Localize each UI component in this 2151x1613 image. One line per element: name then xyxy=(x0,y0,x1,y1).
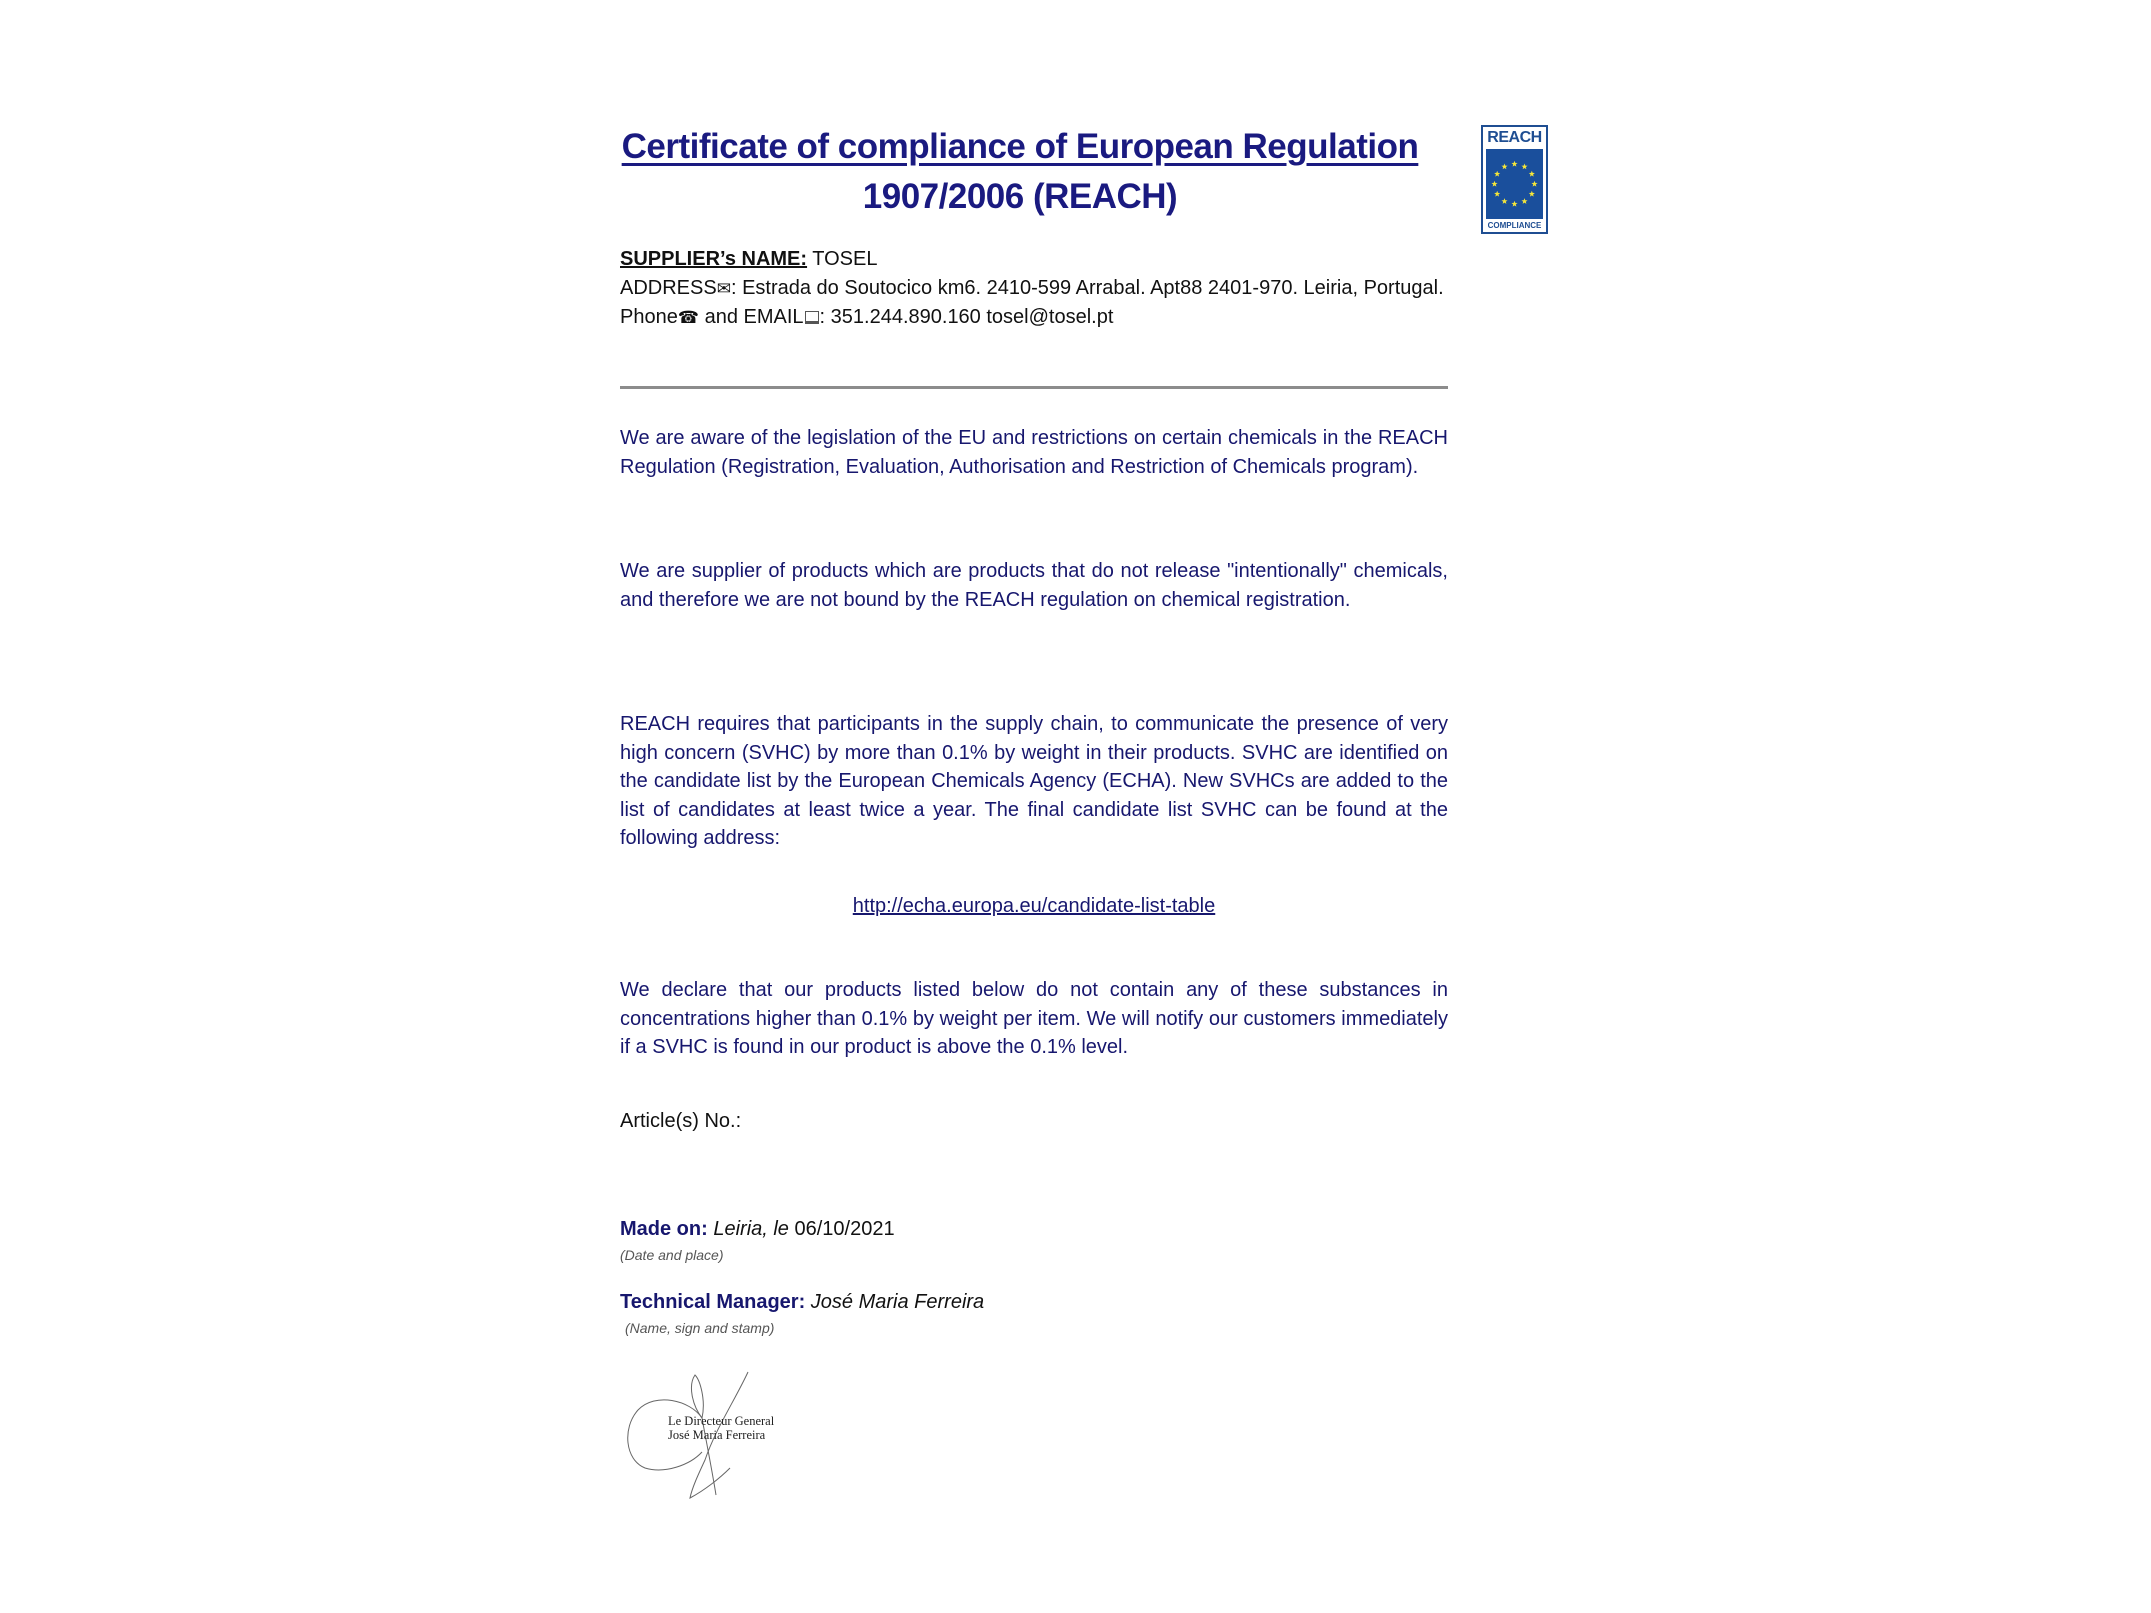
made-on-line: Made on: Leiria, le 06/10/2021 xyxy=(620,1218,895,1241)
paragraph-supplier-status: We are supplier of products which are pr… xyxy=(620,557,1448,614)
envelope-icon: ✉ xyxy=(717,279,731,299)
supplier-block: SUPPLIER’s NAME: TOSEL ADDRESS✉: Estrada… xyxy=(620,245,1448,333)
date-place-hint: (Date and place) xyxy=(620,1247,724,1263)
eu-stars-flag-icon xyxy=(1486,149,1543,219)
made-on-place: Leiria, le xyxy=(708,1218,789,1240)
signature-stamp: Le Directeur General José Maria Ferreira xyxy=(668,1414,774,1442)
supplier-name-value: TOSEL xyxy=(807,248,877,270)
document-title: Certificate of compliance of European Re… xyxy=(620,122,1420,222)
supplier-contact-line: Phone☎ and EMAIL: 351.244.890.160 tosel@… xyxy=(620,303,1448,333)
logo-bottom-text: COMPLIANCE xyxy=(1483,219,1546,232)
phone-label: Phone xyxy=(620,306,678,328)
certificate-page: Certificate of compliance of European Re… xyxy=(0,0,2151,1613)
technical-manager-label: Technical Manager: xyxy=(620,1291,805,1313)
name-sign-stamp-hint: (Name, sign and stamp) xyxy=(625,1320,774,1336)
contact-value: : 351.244.890.160 tosel@tosel.pt xyxy=(820,306,1114,328)
address-value: : Estrada do Soutocico km6. 2410-599 Arr… xyxy=(731,277,1444,299)
technical-manager-name: José Maria Ferreira xyxy=(805,1291,984,1313)
reach-compliance-logo: REACH COMPLIANCE xyxy=(1481,125,1548,234)
computer-icon xyxy=(805,311,819,324)
title-line-1: Certificate of compliance of European Re… xyxy=(620,122,1420,172)
technical-manager-line: Technical Manager: José Maria Ferreira xyxy=(620,1291,984,1314)
title-line-2: 1907/2006 (REACH) xyxy=(620,172,1420,222)
echa-candidate-list-link[interactable]: http://echa.europa.eu/candidate-list-tab… xyxy=(620,895,1448,918)
signature-title: Le Directeur General xyxy=(668,1414,774,1428)
address-label: ADDRESS xyxy=(620,277,717,299)
paragraph-svhc-requirements: REACH requires that participants in the … xyxy=(620,710,1448,853)
logo-top-text: REACH xyxy=(1483,127,1546,149)
articles-label: Article(s) No.: xyxy=(620,1110,741,1133)
paragraph-declaration: We declare that our products listed belo… xyxy=(620,976,1448,1062)
made-on-label: Made on: xyxy=(620,1218,708,1240)
telephone-icon: ☎ xyxy=(678,308,699,328)
paragraph-legislation-awareness: We are aware of the legislation of the E… xyxy=(620,424,1448,481)
email-label: and EMAIL xyxy=(699,306,804,328)
supplier-name-label: SUPPLIER’s NAME: xyxy=(620,248,807,270)
supplier-address-line: ADDRESS✉: Estrada do Soutocico km6. 2410… xyxy=(620,274,1448,304)
signature-name: José Maria Ferreira xyxy=(668,1428,774,1442)
supplier-name-line: SUPPLIER’s NAME: TOSEL xyxy=(620,245,1448,274)
made-on-date: 06/10/2021 xyxy=(789,1218,895,1240)
section-divider xyxy=(620,386,1448,389)
